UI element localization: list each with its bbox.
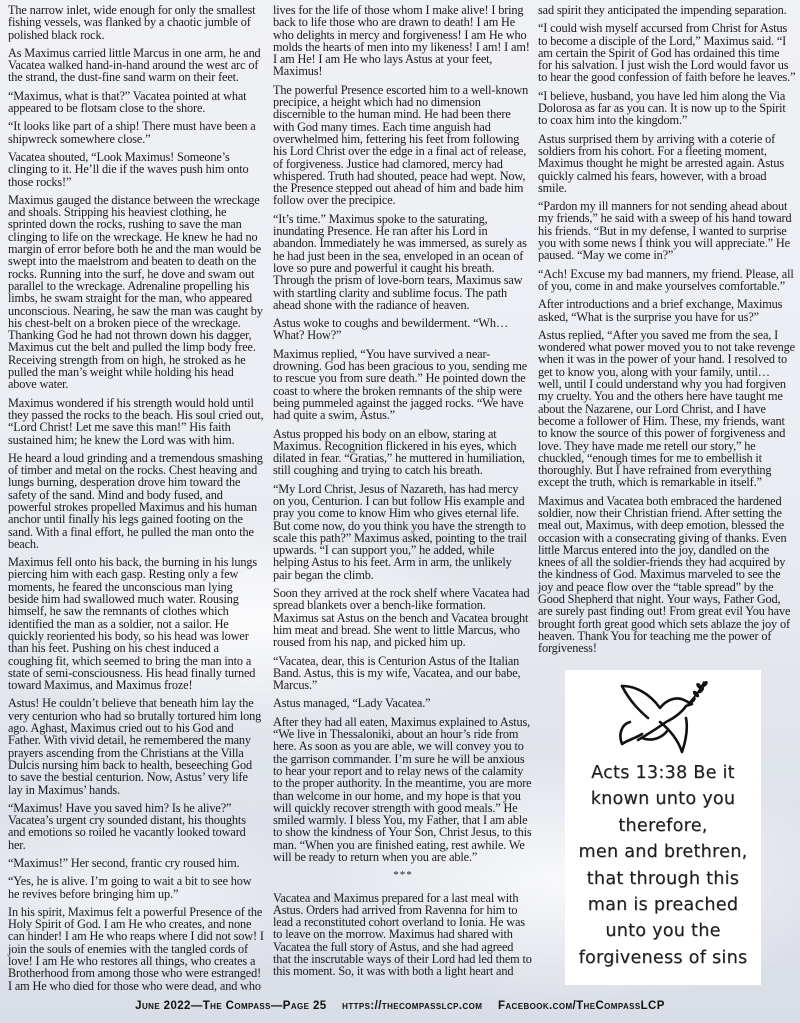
paragraph: Maximus replied, “You have survived a ne… [273, 348, 533, 422]
verse-line: that through this [579, 866, 748, 892]
paragraph: Astus woke to coughs and bewilderment. “… [273, 317, 533, 342]
paragraph: He heard a loud grinding and a tremendou… [8, 452, 264, 550]
paragraph: Maximus fell onto his back, the burning … [8, 556, 264, 691]
paragraph: In his spirit, Maximus felt a powerful P… [8, 906, 264, 992]
paragraph: Astus replied, “After you saved me from … [538, 329, 796, 489]
verse-text: Acts 13:38 Be it known unto you therefor… [579, 760, 748, 971]
verse-line: men and brethren, [579, 839, 748, 865]
paragraph: The powerful Presence escorted him to a … [273, 84, 533, 207]
paragraph: Astus! He couldn’t believe that beneath … [8, 697, 264, 795]
verse-line: known unto you [579, 786, 748, 812]
scripture-verse-card: Acts 13:38 Be it known unto you therefor… [565, 670, 761, 985]
verse-line: unto you the [579, 918, 748, 944]
article-column-2: lives for the life of those whom I make … [273, 4, 533, 984]
paragraph: Astus managed, “Lady Vacatea.” [273, 697, 533, 709]
section-separator: *** [273, 869, 533, 881]
paragraph: “I could wish myself accursed from Chris… [538, 22, 796, 83]
verse-line: Acts 13:38 Be it [579, 760, 748, 786]
paragraph: lives for the life of those whom I make … [273, 4, 533, 78]
paragraph: Astus propped his body on an elbow, star… [273, 428, 533, 477]
paragraph: Vacatea shouted, “Look Maximus! Someone’… [8, 151, 264, 188]
paragraph: “My Lord Christ, Jesus of Nazareth, has … [273, 483, 533, 581]
paragraph: Astus surprised them by arriving with a … [538, 133, 796, 194]
paragraph: sad spirit they anticipated the impendin… [538, 4, 796, 16]
paragraph: “I believe, husband, you have led him al… [538, 90, 796, 127]
footer-facebook-link[interactable]: Facebook.com/TheCompassLCP [498, 1000, 665, 1012]
paragraph: “Maximus!” Her second, frantic cry rouse… [8, 857, 264, 869]
paragraph: “Vacatea, dear, this is Centurion Astus … [273, 655, 533, 692]
footer-issue-info: June 2022—The Compass—Page 25 [135, 1000, 326, 1012]
verse-line: man is preached [579, 892, 748, 918]
footer-website-link[interactable]: https://thecompasslcp.com [342, 1000, 482, 1012]
paragraph: The narrow inlet, wide enough for only t… [8, 4, 264, 41]
magazine-page: The narrow inlet, wide enough for only t… [0, 0, 800, 1023]
page-footer: June 2022—The Compass—Page 25 https://th… [0, 1000, 800, 1012]
paragraph: After introductions and a brief exchange… [538, 298, 796, 323]
paragraph: Vacatea and Maximus prepared for a last … [273, 892, 533, 978]
paragraph: “It’s time.” Maximus spoke to the satura… [273, 213, 533, 311]
verse-line: therefore, [579, 813, 748, 839]
paragraph: “Ach! Excuse my bad manners, my friend. … [538, 268, 796, 293]
paragraph: As Maximus carried little Marcus in one … [8, 47, 264, 84]
paragraph: Maximus gauged the distance between the … [8, 194, 264, 391]
verse-line: forgiveness of sins [579, 945, 748, 971]
paragraph: Soon they arrived at the rock shelf wher… [273, 587, 533, 648]
paragraph: Maximus and Vacatea both embraced the ha… [538, 495, 796, 655]
paragraph: “Yes, he is alive. I’m going to wait a b… [8, 875, 264, 900]
paragraph: After they had all eaten, Maximus explai… [273, 716, 533, 864]
paragraph: “Pardon my ill manners for not sending a… [538, 200, 796, 261]
dove-with-olive-branch-icon [608, 678, 718, 758]
paragraph: Maximus wondered if his strength would h… [8, 397, 264, 446]
paragraph: “It looks like part of a ship! There mus… [8, 120, 264, 145]
paragraph: “Maximus, what is that?” Vacatea pointed… [8, 90, 264, 115]
article-column-3: sad spirit they anticipated the impendin… [538, 4, 796, 661]
article-column-1: The narrow inlet, wide enough for only t… [8, 4, 264, 998]
paragraph: “Maximus! Have you saved him? Is he aliv… [8, 802, 264, 851]
